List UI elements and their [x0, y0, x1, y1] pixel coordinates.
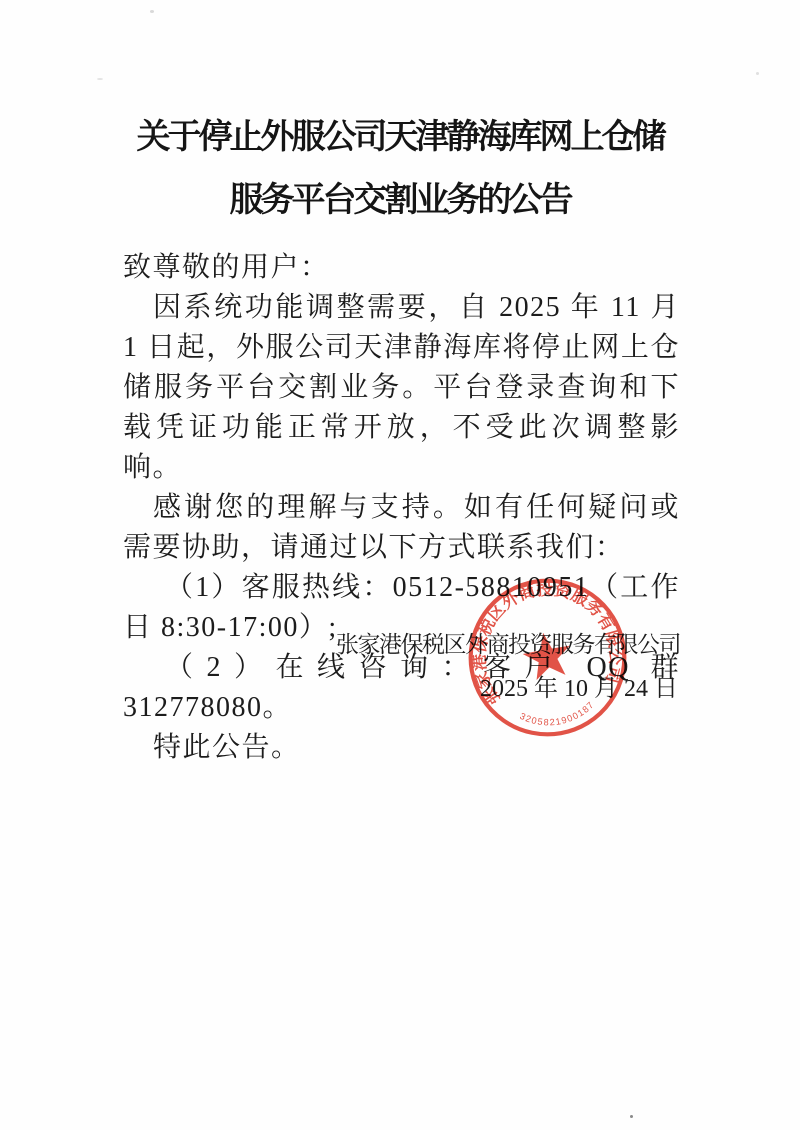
- title-line-2: 服务平台交割业务的公告: [0, 169, 800, 232]
- scan-speck: [756, 72, 759, 75]
- scan-speck: [630, 1115, 633, 1118]
- scan-speck: [150, 10, 154, 13]
- paragraph-thanks: 感谢您的理解与支持。如有任何疑问或需要协助，请通过以下方式联系我们：: [123, 488, 680, 568]
- page-title: 关于停止外服公司天津静海库网上仓储 服务平台交割业务的公告: [0, 106, 800, 232]
- title-line-1: 关于停止外服公司天津静海库网上仓储: [0, 106, 800, 169]
- closing-statement: 特此公告。: [123, 728, 680, 768]
- announcement-page: 关于停止外服公司天津静海库网上仓储 服务平台交割业务的公告 致尊敬的用户： 因系…: [0, 0, 800, 1130]
- salutation: 致尊敬的用户：: [123, 248, 680, 288]
- signature-date: 2025 年 10 月 24 日: [123, 674, 680, 704]
- signature-block: 张家港保税区外商投资服务有限公司 2025 年 10 月 24 日: [123, 630, 680, 704]
- paragraph-adjustment-notice: 因系统功能调整需要，自 2025 年 11 月 1 日起，外服公司天津静海库将停…: [123, 288, 680, 488]
- scan-speck: [97, 78, 103, 80]
- company-name: 张家港保税区外商投资服务有限公司: [123, 630, 680, 660]
